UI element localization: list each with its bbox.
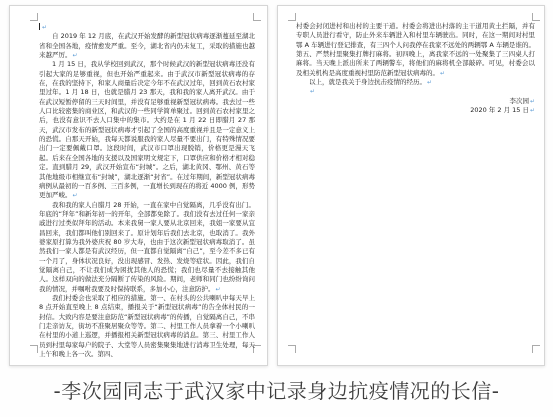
paragraph[interactable]: ↵ <box>296 87 535 96</box>
crop-mark <box>532 345 540 353</box>
crop-mark <box>288 345 296 353</box>
crop-mark <box>288 13 296 21</box>
paragraph-mark-icon: ↵ <box>530 107 535 114</box>
paragraph-mark-icon: ↵ <box>440 70 445 77</box>
paragraph-mark-icon: ↵ <box>427 79 432 86</box>
page-text-area[interactable]: ↵自 2019 年 12 月底，在武汉开始发酵的新型冠状病毒逐渐蔓延至湖北省和全… <box>39 23 255 359</box>
document-page-left[interactable]: ↵自 2019 年 12 月底，在武汉开始发酵的新型冠状病毒逐渐蔓延至湖北省和全… <box>9 5 268 366</box>
paragraph[interactable]: 自 2019 年 12 月底，在武汉开始发酵的新型冠状病毒逐渐蔓延至湖北省和全国… <box>39 32 255 60</box>
crop-mark <box>30 13 38 21</box>
paragraph-mark-icon: ↵ <box>42 24 47 31</box>
paragraph[interactable]: 我和我的家人自腊月 28 开始，一直在家中自觉隔离，几乎没有出门。年底的“拜年”… <box>39 201 255 294</box>
paragraph[interactable]: 以上，就是我关于身边抗击疫情的经历。↵ <box>296 78 535 87</box>
crop-mark <box>532 13 540 21</box>
paragraph-mark-icon: ↵ <box>216 286 221 293</box>
paragraph-mark-icon: ↵ <box>310 88 315 95</box>
crop-mark <box>30 345 38 353</box>
paragraph[interactable]: 村委会封闭进村和出村的主要干道。村委会将进出村落的主干道用黄土拦隔，并有专职人员… <box>296 22 535 78</box>
paragraph-mark-icon: ↵ <box>530 98 535 105</box>
paragraph[interactable]: 2020 年 2 月 15 日↵ <box>296 106 535 115</box>
paragraph-mark-icon: ↵ <box>73 52 78 59</box>
paragraph[interactable]: 李次园↵ <box>296 97 535 106</box>
image-caption: -李次园同志于武汉家中记录身边抗疫情况的长信- <box>0 375 553 404</box>
paragraph[interactable]: ↵ <box>39 23 255 32</box>
paragraph[interactable]: 1 月 15 日，我从学校回到武汉，那个时候武汉的新型冠状病毒还没有引起大家的足… <box>39 60 255 200</box>
crop-mark <box>253 13 261 21</box>
document-page-right[interactable]: 村委会封闭进村和出村的主要干道。村委会将进出村落的主干道用黄土拦隔，并有专职人员… <box>277 5 545 366</box>
page-text-area[interactable]: 村委会封闭进村和出村的主要干道。村委会将进出村落的主干道用黄土拦隔，并有专职人员… <box>296 22 535 115</box>
paragraph-mark-icon: ↵ <box>73 192 78 199</box>
paragraph[interactable]: 我们村委会也采取了相应的措施。第一、在村头的公共喇叭中每天早上 8 点开始直至晚… <box>39 294 255 359</box>
text-cursor <box>39 23 40 30</box>
document-view: ↵自 2019 年 12 月底，在武汉开始发酵的新型冠状病毒逐渐蔓延至湖北省和全… <box>0 0 553 417</box>
